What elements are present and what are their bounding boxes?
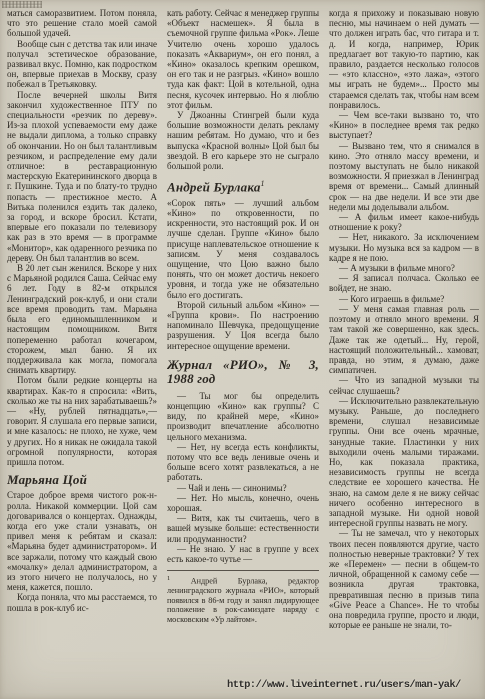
paragraph-answer: — Я записал полчаса. Сколько ее войдет, … <box>329 273 479 293</box>
paragraph: кать работу. Сейчас я менеджер группы «О… <box>167 8 319 110</box>
paragraph-answer: — У меня самая главная роль — поэтому и … <box>329 304 479 375</box>
paragraph-answer: — Нет, никакого. За исключением музыки. … <box>329 232 479 263</box>
paragraph-question: — Чем все-таки вызвано то, что «Кино» в … <box>329 110 479 141</box>
paragraph: Вообще сын с детства так или иначе получ… <box>7 39 157 90</box>
section-heading-rio-journal: Журнал «РИО», № 3, 1988 год <box>167 358 319 387</box>
text-column-left: маться саморазвитием. Потом поняла, что … <box>7 8 157 695</box>
paragraph-answer: — Не знаю. У нас в группе у всех есть ка… <box>167 544 319 564</box>
paragraph-answer: — Нет, ну всегда есть конфликты, потому … <box>167 442 319 483</box>
paragraph-question: — Чай и лень — синонимы? <box>167 483 319 493</box>
footnote-reference-mark: 1 <box>261 179 265 188</box>
heading-text: Андрей Бурлака <box>167 180 261 195</box>
section-heading-maryana-tsoy: Марьяна Цой <box>7 475 157 485</box>
paragraph: маться саморазвитием. Потом поняла, что … <box>7 8 157 39</box>
footnote-text: Андрей Бурлака, редактор ленинградского … <box>167 577 319 624</box>
footnote: 1 Андрей Бурлака, редактор ленинградског… <box>167 570 319 624</box>
paragraph-question: — Ты мог бы определить концепцию «Кино» … <box>167 391 319 442</box>
watermark-url: http://www.liveinternet.ru/users/man-yak… <box>227 679 461 691</box>
paragraph-question: — Ты не замечал, что у некоторых твоих п… <box>329 528 479 630</box>
paragraph-question: — А музыки в фильме много? <box>329 263 479 273</box>
section-heading-andrey-burlaka: Андрей Бурлака1 <box>167 179 319 193</box>
paragraph: «Сорок пять» — лучший альбом «Кино» по о… <box>167 198 319 300</box>
paragraph: Потом были редкие концерты на квартирах.… <box>7 375 157 467</box>
paragraph: После вечерней школы Витя закончил худож… <box>7 90 157 263</box>
text-column-middle: кать работу. Сейчас я менеджер группы «О… <box>167 8 319 695</box>
paragraph-question: — А фильм имеет какое-нибудь отношение к… <box>329 212 479 232</box>
paragraph: Старое доброе время чистого рок-н-ролла.… <box>7 490 157 592</box>
paragraph: Когда поняла, что мы расстаемся, то пошл… <box>7 592 157 612</box>
footnote-marker: 1 <box>167 575 170 582</box>
scanned-magazine-page: маться саморазвитием. Потом поняла, что … <box>0 0 485 699</box>
paragraph-question: — Что из западной музыки ты сейчас слуша… <box>329 375 479 395</box>
paragraph: когда я прихожу и показываю новую песню,… <box>329 8 479 110</box>
text-column-right: когда я прихожу и показываю новую песню,… <box>329 8 479 695</box>
paragraph: В 20 лет сын женился. Вскоре у них с Мар… <box>7 263 157 375</box>
paragraph-question: — Кого играешь в фильме? <box>329 294 479 304</box>
paragraph: Второй сильный альбом «Кино» — «Группа к… <box>167 300 319 351</box>
paragraph-answer: — Нет. Но мысль, конечно, очень хорошая. <box>167 493 319 513</box>
scan-noise-artifact <box>2 1 42 8</box>
paragraph-question: — Витя, как ты считаешь, чего в вашей му… <box>167 513 319 544</box>
paragraph-answer: — Исключительно развлекательную музыку. … <box>329 396 479 529</box>
paragraph-answer: — Вызвано тем, что я снимался в кино. Эт… <box>329 141 479 212</box>
paragraph: У Джоанны Стингрей были куда большие воз… <box>167 110 319 171</box>
